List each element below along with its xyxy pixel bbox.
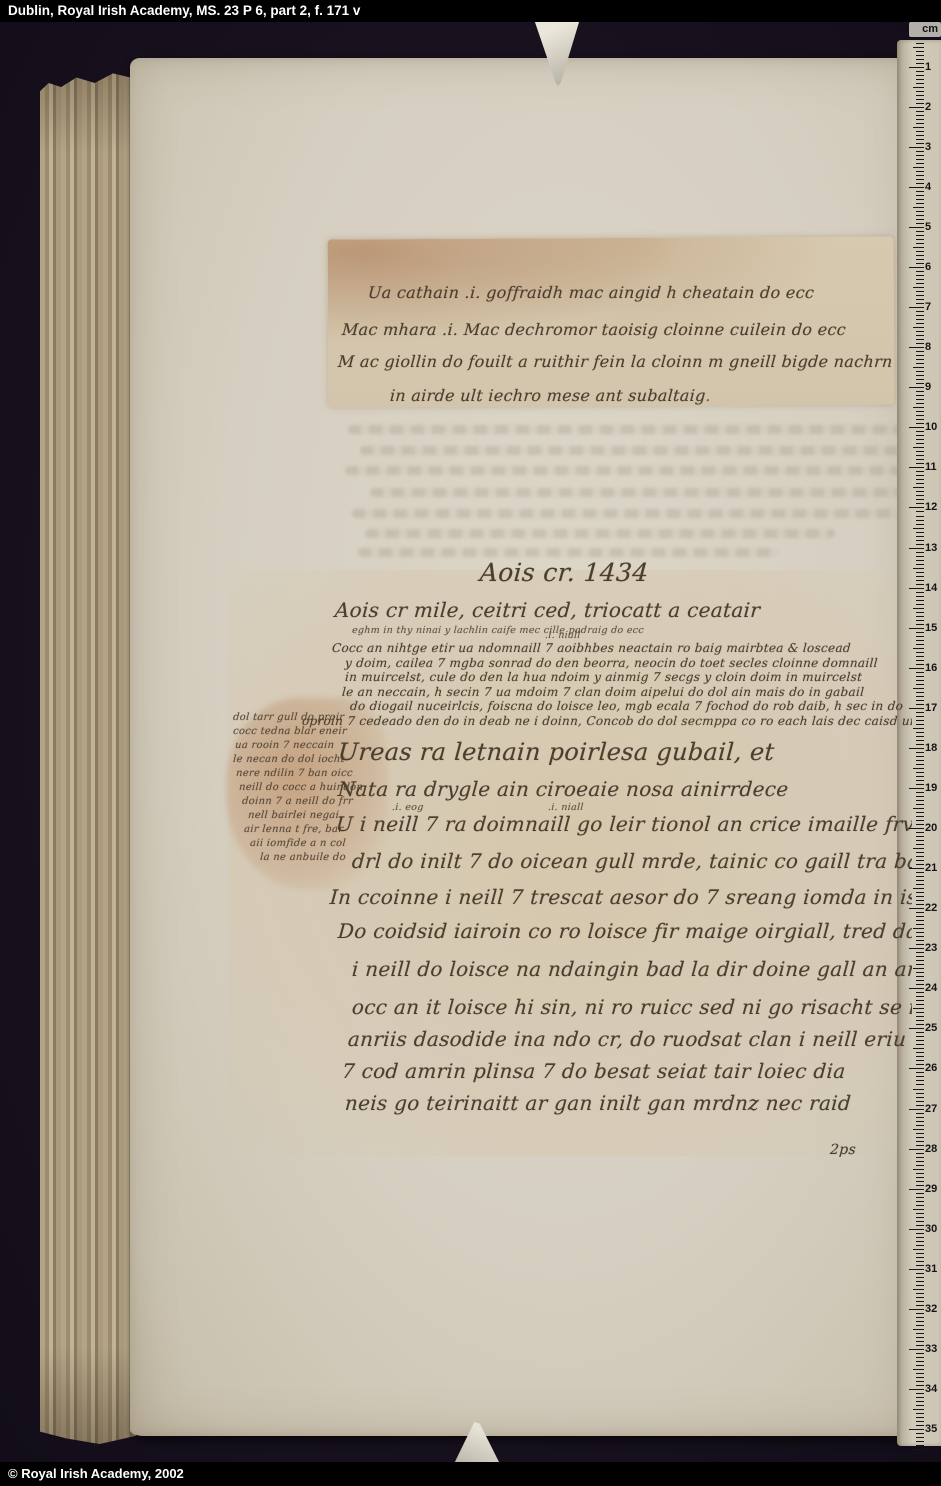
ruler-tick: [916, 103, 924, 104]
ruler-tick: [916, 740, 924, 741]
ruler-tick: [913, 167, 924, 168]
ruler-tick: [909, 1429, 924, 1430]
ruler-tick: [916, 1217, 924, 1218]
ruler-tick: [916, 1357, 924, 1358]
ruler-tick: [909, 147, 924, 148]
ruler-tick: [916, 1012, 924, 1013]
ruler-tick: [916, 720, 924, 721]
ruler-number: 2: [925, 100, 939, 114]
ruler-tick: [916, 271, 924, 272]
ruler-tick: [913, 287, 924, 288]
ruler-tick: [916, 511, 924, 512]
ruler-tick: [909, 1349, 924, 1350]
ruler-tick: [909, 1229, 924, 1230]
ruler-tick: [913, 928, 924, 929]
ruler-tick: [916, 359, 924, 360]
ruler-tick: [916, 335, 924, 336]
ruler-tick: [916, 1076, 924, 1077]
ruler-tick: [909, 387, 924, 388]
ruler-tick: [916, 343, 924, 344]
ruler-tick: [916, 936, 924, 937]
script-line: Ureas ra letnain poirlesa gubail, et: [337, 738, 775, 766]
ruler-tick: [916, 55, 924, 56]
ruler-tick: [916, 940, 924, 941]
ruler-tick: [916, 75, 924, 76]
ruler-tick: [916, 676, 924, 677]
ruler-tick: [916, 1020, 924, 1021]
ruler-tick: [916, 1113, 924, 1114]
ruler-tick: [916, 439, 924, 440]
ruler-number: 4: [925, 180, 939, 194]
ruler-tick: [909, 427, 924, 428]
ruler-tick: [916, 1040, 924, 1041]
ruler-tick: [916, 1305, 924, 1306]
margin-note-line: nell bairlei negai: [248, 810, 340, 821]
ruler-tick: [916, 191, 924, 192]
ruler-tick: [916, 904, 924, 905]
script-line: Cocc an nihtge etir ua ndomnaill 7 aoibh…: [332, 641, 852, 655]
ruler-tick: [916, 1273, 924, 1274]
ruler-tick: [916, 235, 924, 236]
ruler-tick: [913, 1089, 924, 1090]
ruler-tick: [916, 964, 924, 965]
ruler-tick: [909, 788, 924, 789]
ruler-tick: [916, 544, 924, 545]
ruler-tick: [913, 848, 924, 849]
ruler-tick: [916, 564, 924, 565]
ruler-tick: [916, 1117, 924, 1118]
ruler-tick: [916, 824, 924, 825]
ruler-tick: [916, 199, 924, 200]
ruler-tick: [913, 728, 924, 729]
caption-bar-top: Dublin, Royal Irish Academy, MS. 23 P 6,…: [0, 0, 941, 22]
ruler-tick: [916, 1441, 924, 1442]
ruler-number: 9: [925, 380, 939, 394]
margin-note-line: aii iomfide a n col: [250, 838, 347, 849]
ruler-tick: [916, 616, 924, 617]
ruler-tick: [909, 748, 924, 749]
ruler-tick: [916, 704, 924, 705]
ruler-tick: [916, 1225, 924, 1226]
ruler-tick: [913, 327, 924, 328]
ruler-tick: [916, 1004, 924, 1005]
script-line: y doim, cailea 7 mgba sonrad do den beor…: [345, 656, 879, 670]
interlinear-gloss: .i. niall: [545, 630, 581, 641]
ruler-tick: [909, 868, 924, 869]
ruler-tick: [916, 596, 924, 597]
ruler-tick: [916, 760, 924, 761]
ruler-tick: [916, 303, 924, 304]
ruler-tick: [916, 1064, 924, 1065]
ruler-tick: [916, 295, 924, 296]
ruler-tick: [909, 1028, 924, 1029]
ruler-tick: [909, 1149, 924, 1150]
ruler-tick: [916, 1377, 924, 1378]
ruler-number: 12: [925, 500, 939, 514]
ruler-tick: [916, 672, 924, 673]
ruler-tick: [916, 892, 924, 893]
ruler-tick: [913, 447, 924, 448]
ruler-tick: [913, 608, 924, 609]
ruler-tick: [916, 363, 924, 364]
ruler-tick: [916, 1257, 924, 1258]
ruler-tick: [916, 1385, 924, 1386]
ruler-tick: [916, 415, 924, 416]
ruler-tick: [916, 1000, 924, 1001]
ruler-tick: [916, 379, 924, 380]
ruler-tick: [916, 1337, 924, 1338]
script-line: i neill do loisce na ndaingin bad la dir…: [351, 957, 912, 981]
ruler-tick: [916, 211, 924, 212]
ruler-tick: [913, 1409, 924, 1410]
ruler-tick: [916, 1036, 924, 1037]
ruler-tick: [916, 231, 924, 232]
ruler-tick: [916, 1197, 924, 1198]
ruler-tick: [913, 1329, 924, 1330]
ruler-tick: [916, 391, 924, 392]
ruler-tick: [916, 724, 924, 725]
ruler-tick: [916, 1361, 924, 1362]
ruler-tick: [916, 151, 924, 152]
margin-note-line: nere ndilin 7 ban oicc: [236, 768, 354, 779]
ruler-tick: [916, 1072, 924, 1073]
ruler-tick: [913, 247, 924, 248]
ruler-tick: [916, 1165, 924, 1166]
ruler-tick: [916, 499, 924, 500]
ruler-tick: [916, 255, 924, 256]
ruler-tick: [913, 888, 924, 889]
margin-note-line: ua rooin 7 neccain: [235, 740, 335, 751]
ruler-tick: [916, 355, 924, 356]
ruler-tick: [916, 435, 924, 436]
ruler-number: 15: [925, 621, 939, 635]
ruler-tick: [916, 756, 924, 757]
script-line: In ccoinne i neill 7 trescat aesor do 7 …: [329, 885, 912, 909]
ruler-tick: [909, 1068, 924, 1069]
ruler-tick: [916, 716, 924, 717]
shelfmark-title: Dublin, Royal Irish Academy, MS. 23 P 6,…: [8, 3, 360, 18]
manuscript-viewer: Ua cathain .i. goffraidh mac aingid h ch…: [0, 0, 941, 1486]
ruler-tick: [916, 600, 924, 601]
ruler-tick: [916, 576, 924, 577]
ruler-tick: [916, 1161, 924, 1162]
script-text: in airde ult iechro mese ant subaltaig: [389, 386, 706, 405]
ruler-tick: [916, 91, 924, 92]
ruler-tick: [916, 79, 924, 80]
ruler-tick: [916, 764, 924, 765]
ruler-tick: [916, 423, 924, 424]
ruler-tick: [916, 1397, 924, 1398]
ruler-tick: [909, 507, 924, 508]
ruler-tick: [916, 920, 924, 921]
ruler-tick: [916, 812, 924, 813]
ruler-tick: [916, 1141, 924, 1142]
ruler-tick: [916, 1157, 924, 1158]
ruler-tick: [916, 640, 924, 641]
ruler-tick: [913, 1289, 924, 1290]
ruler-tick: [916, 99, 924, 100]
ruler-tick: [916, 283, 924, 284]
script-line: do diogail nuceirlcis, foiscna do loisce…: [350, 699, 904, 713]
ruler-tick: [916, 471, 924, 472]
ruler-tick: [916, 660, 924, 661]
ruler-number: 30: [925, 1222, 939, 1236]
ruler-tick: [909, 1269, 924, 1270]
ruler-number: 22: [925, 901, 939, 915]
caption-bar-bottom: © Royal Irish Academy, 2002: [0, 1462, 941, 1486]
ruler-tick: [916, 243, 924, 244]
ruler-tick: [916, 516, 924, 517]
ruler-tick: [916, 584, 924, 585]
ruler-tick: [916, 495, 924, 496]
ruler-tick: [916, 143, 924, 144]
ruler-tick: [916, 1237, 924, 1238]
ruler-tick: [916, 592, 924, 593]
ruler-tick: [916, 239, 924, 240]
ruler-tick: [916, 1265, 924, 1266]
ruler-tick: [916, 572, 924, 573]
ruler-tick: [916, 411, 924, 412]
ruler-tick: [909, 828, 924, 829]
ruler-tick: [916, 524, 924, 525]
ruler-tick: [916, 119, 924, 120]
margin-note-line: le necan do dol iocht: [233, 754, 346, 765]
ruler-tick: [916, 1313, 924, 1314]
ruler-number: 13: [925, 541, 939, 555]
ruler-number: 19: [925, 781, 939, 795]
ruler-tick: [909, 1189, 924, 1190]
ruler-number: 7: [925, 300, 939, 314]
year-line: Aois cr mile, ceitri ced, triocatt a cea…: [334, 598, 761, 622]
ruler-tick: [916, 1293, 924, 1294]
ruler-tick: [916, 952, 924, 953]
ruler-tick: [916, 560, 924, 561]
ruler-tick: [916, 712, 924, 713]
ruler-tick: [916, 820, 924, 821]
ruler-tick: [916, 552, 924, 553]
ruler-number: 20: [925, 821, 939, 835]
showthrough-line: [348, 425, 912, 434]
ruler-tick: [916, 491, 924, 492]
ruler-tick: [916, 852, 924, 853]
ruler-tick: [916, 612, 924, 613]
ruler-tick: [916, 1060, 924, 1061]
ruler-tick: [916, 1333, 924, 1334]
ruler-tick: [913, 1129, 924, 1130]
ruler-tick: [916, 463, 924, 464]
ruler-tick: [916, 532, 924, 533]
ruler-tick: [916, 840, 924, 841]
ruler: cm 1234567891011121314151617181920212223…: [901, 22, 941, 1462]
ruler-tick: [913, 1209, 924, 1210]
ruler-tick: [916, 520, 924, 521]
ruler-tick: [916, 1233, 924, 1234]
ruler-tick: [916, 315, 924, 316]
script-line: Do coidsid iairoin co ro loisce fir maig…: [337, 919, 912, 943]
ruler-tick: [916, 275, 924, 276]
ruler-tick: [916, 1173, 924, 1174]
ruler-tick: [916, 155, 924, 156]
ruler-tick: [916, 956, 924, 957]
ruler-tick: [913, 1249, 924, 1250]
ruler-tick: [909, 227, 924, 228]
ruler-tick: [916, 115, 924, 116]
ruler-number: 18: [925, 741, 939, 755]
ruler-number: 34: [925, 1382, 939, 1396]
ruler-tick: [909, 1109, 924, 1110]
ruler-number: 1: [925, 60, 939, 74]
ruler-number: 11: [925, 460, 939, 474]
ruler-tick: [916, 912, 924, 913]
ruler-tick: [916, 884, 924, 885]
ruler-tick: [916, 1341, 924, 1342]
ruler-tick: [916, 784, 924, 785]
ruler-tick: [916, 279, 924, 280]
ruler-tick: [916, 1373, 924, 1374]
ruler-tick: [909, 588, 924, 589]
ruler-number: 14: [925, 581, 939, 595]
ruler-tick: [913, 1169, 924, 1170]
script-line: anriis dasodide ina ndo cr, do ruodsat c…: [347, 1027, 907, 1051]
ruler-tick: [916, 796, 924, 797]
ruler-tick: [916, 1353, 924, 1354]
ruler-tick: [916, 1080, 924, 1081]
ruler-number: 28: [925, 1142, 939, 1156]
ruler-tick: [916, 816, 924, 817]
ruler-tick: [916, 179, 924, 180]
ruler-tick: [916, 371, 924, 372]
margin-note-line: dol tarr gull do proir: [233, 712, 345, 723]
ruler-tick: [916, 1317, 924, 1318]
ruler-tick: [909, 948, 924, 949]
ruler-tick: [916, 744, 924, 745]
ruler-tick: [916, 1285, 924, 1286]
ruler-tick: [909, 467, 924, 468]
ruler-tick: [916, 171, 924, 172]
ruler-tick: [916, 375, 924, 376]
ruler-tick: [916, 1016, 924, 1017]
ruler-tick: [916, 1044, 924, 1045]
ruler-tick: [916, 680, 924, 681]
ruler-tick: [916, 163, 924, 164]
ruler-tick: [916, 459, 924, 460]
ruler-number: 21: [925, 861, 939, 875]
year-heading: Aois cr. 1434: [479, 558, 650, 587]
ruler-number: 33: [925, 1342, 939, 1356]
ruler-tick: [916, 732, 924, 733]
ruler-tick: [916, 752, 924, 753]
ruler-tick: [916, 195, 924, 196]
ruler-tick: [916, 479, 924, 480]
ruler-tick: [916, 1133, 924, 1134]
script-line: in muircelst, cule do den la hua ndoim y…: [345, 670, 863, 684]
ruler-tick: [916, 1393, 924, 1394]
script-line: occ an it loisce hi sin, ni ro ruicc sed…: [351, 995, 912, 1019]
ruler-tick: [916, 455, 924, 456]
showthrough-line: [345, 466, 912, 475]
ruler-tick: [916, 800, 924, 801]
ruler-tick: [916, 1437, 924, 1438]
ruler-number: 25: [925, 1021, 939, 1035]
ruler-tick: [916, 664, 924, 665]
ruler-tick: [916, 1153, 924, 1154]
ruler-tick: [913, 568, 924, 569]
ruler-tick: [916, 59, 924, 60]
ruler-number: 6: [925, 260, 939, 274]
ruler-tick: [916, 900, 924, 901]
ruler-tick: [916, 620, 924, 621]
ruler-tick: [913, 207, 924, 208]
ruler-tick: [916, 1181, 924, 1182]
script-line: neis go teirinaitt ar gan inilt gan mrdn…: [344, 1091, 852, 1115]
ruler-tick: [909, 908, 924, 909]
ruler-tick: [909, 107, 924, 108]
ruler-tick: [916, 836, 924, 837]
script-line: M ac giollin do fouilt a ruithir fein la…: [337, 352, 893, 371]
ruler-tick: [913, 1048, 924, 1049]
script-line: Nata ra drygle ain ciroeaie nosa ainirrd…: [337, 777, 789, 801]
ruler-unit-label: cm: [922, 23, 938, 35]
ruler-tick: [916, 1405, 924, 1406]
ruler-tick: [916, 1137, 924, 1138]
ruler-tick: [916, 263, 924, 264]
ruler-tick: [916, 624, 924, 625]
ruler-tick: [916, 872, 924, 873]
ruler-tick: [916, 215, 924, 216]
ruler-tick: [916, 83, 924, 84]
ruler-tick: [916, 1321, 924, 1322]
ruler-tick: [913, 808, 924, 809]
ruler-tick: [916, 135, 924, 136]
ruler-number: 31: [925, 1262, 939, 1276]
ruler-tick: [916, 792, 924, 793]
ruler-tick: [916, 299, 924, 300]
ruler-tick: [916, 131, 924, 132]
ruler-tick: [916, 1445, 924, 1446]
ruler-tick: [916, 1084, 924, 1085]
ruler-tick: [916, 804, 924, 805]
ruler-number: 29: [925, 1182, 939, 1196]
ruler-tick: [916, 996, 924, 997]
margin-note-line: cocc tedna blar eneir: [233, 726, 348, 737]
ruler-tick: [916, 483, 924, 484]
page-content: Ua cathain .i. goffraidh mac aingid h ch…: [130, 58, 912, 1436]
ruler-tick: [916, 896, 924, 897]
ruler-tick: [909, 1389, 924, 1390]
showthrough-line: [365, 529, 835, 538]
ruler-tick: [916, 992, 924, 993]
ruler-tick: [916, 1185, 924, 1186]
ruler-tick: [916, 960, 924, 961]
showthrough-line: [352, 509, 912, 518]
ruler-tick: [916, 395, 924, 396]
ruler-tick: [916, 864, 924, 865]
ruler-tick: [913, 968, 924, 969]
ruler-tick: [916, 736, 924, 737]
ruler-tick: [916, 111, 924, 112]
ruler-tick: [916, 1097, 924, 1098]
ruler-tick: [916, 1365, 924, 1366]
ruler-tick: [916, 1241, 924, 1242]
script-line: le an neccain, h secin 7 ua mdoim 7 clan…: [342, 685, 865, 699]
ruler-tick: [916, 656, 924, 657]
ruler-tick: [916, 63, 924, 64]
ruler-tick: [913, 648, 924, 649]
ruler-number: 26: [925, 1061, 939, 1075]
ruler-tick: [916, 1101, 924, 1102]
ruler-tick: [916, 383, 924, 384]
ruler-tick: [909, 307, 924, 308]
